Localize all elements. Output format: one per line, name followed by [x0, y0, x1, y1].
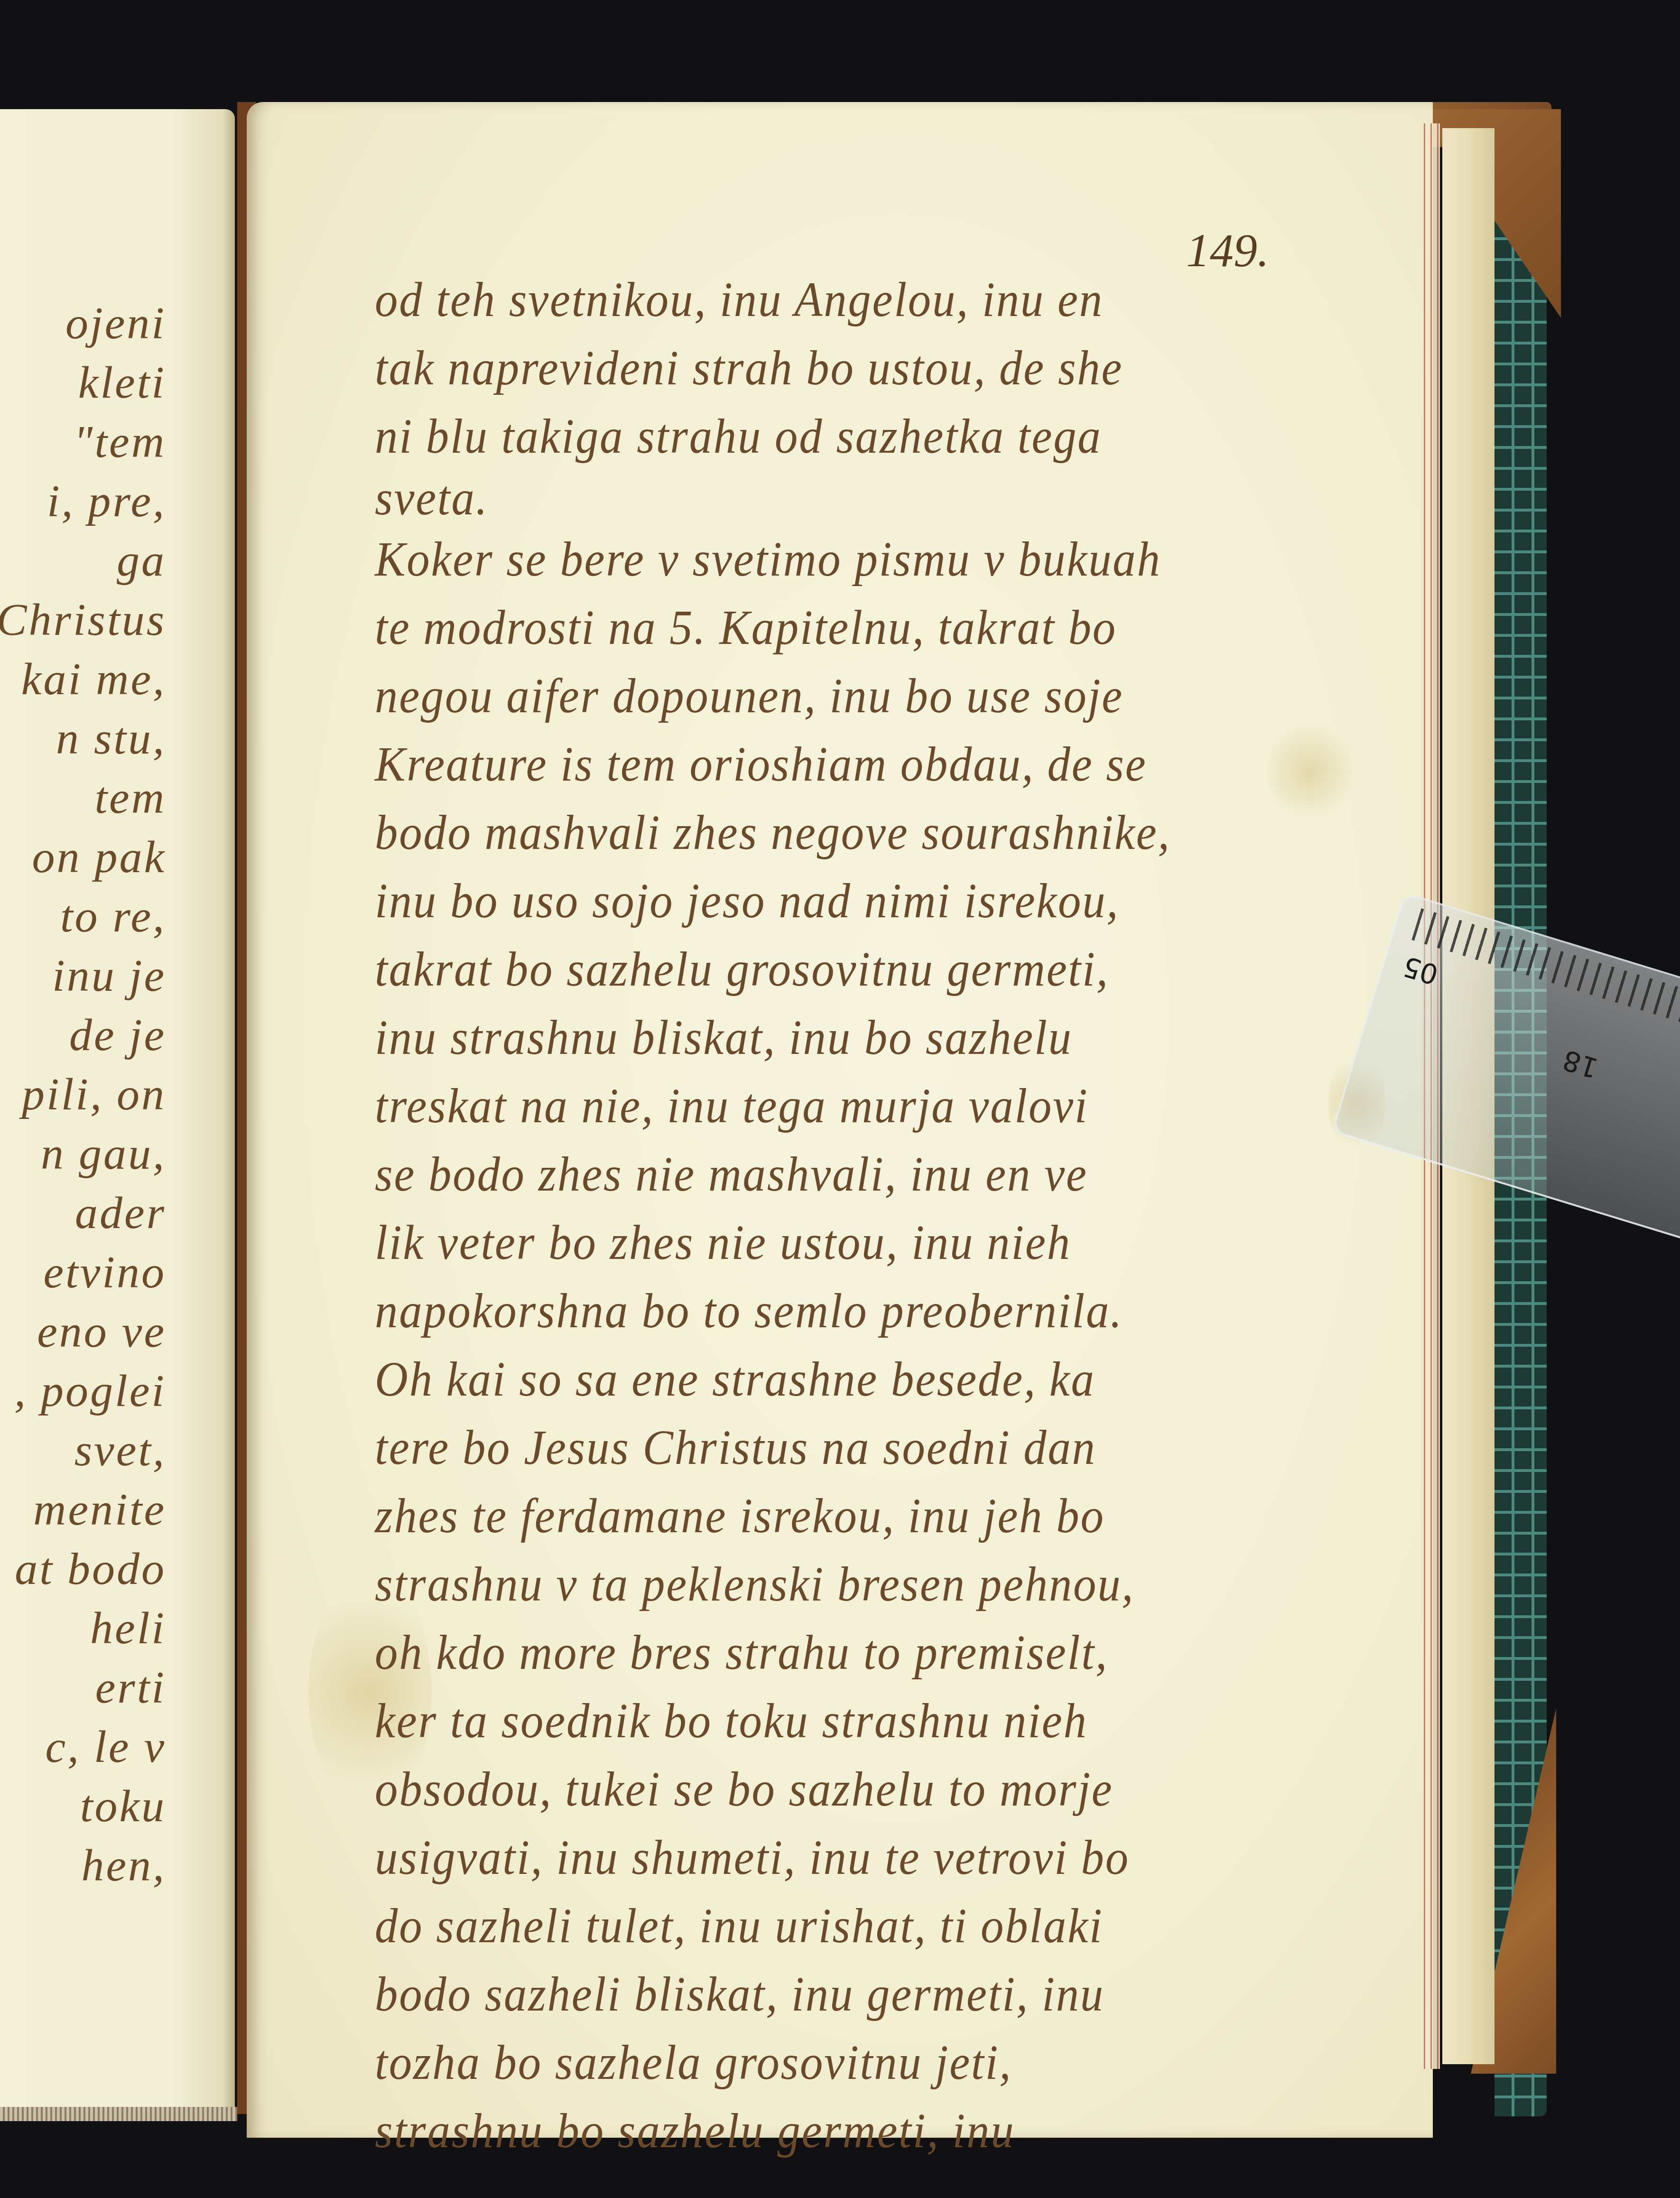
text-line: Koker se bere v svetimo pismu v bukuah	[375, 525, 1368, 594]
left-page-line: ojeni	[65, 297, 166, 349]
left-page-line: erti	[95, 1661, 166, 1714]
left-page-line: eno ve	[37, 1305, 166, 1358]
text-line: takrat bo sazhelu grosovitnu germeti,	[375, 935, 1368, 1004]
text-line: inu strashnu bliskat, inu bo sazhelu	[375, 1004, 1368, 1072]
left-page-line: at bodo	[15, 1542, 166, 1595]
left-page-line: on pak	[32, 830, 166, 883]
left-page-line: to re,	[60, 890, 166, 942]
left-page-line: pili, on	[22, 1068, 166, 1120]
text-line: sveta.	[375, 471, 1368, 525]
left-page-line: n stu,	[56, 712, 166, 764]
left-page: ojeni kleti "tem i, pre, ga Christus kai…	[0, 109, 235, 2107]
text-line: tozha bo sazhela grosovitnu jeti,	[375, 2029, 1368, 2097]
text-line: obsodou, tukei se bo sazhelu to morje	[375, 1755, 1368, 1824]
left-page-line: n gau,	[41, 1127, 166, 1180]
text-line: usigvati, inu shumeti, inu te vetrovi bo	[375, 1824, 1368, 1892]
left-page-edge	[0, 2107, 237, 2121]
text-line: strashnu v ta peklenski bresen pehnou,	[375, 1550, 1368, 1619]
ruler-label: 18	[1559, 1043, 1602, 1085]
left-page-line: heli	[90, 1602, 166, 1654]
left-page-line: c, le v	[46, 1720, 167, 1773]
left-page-line: tem	[94, 771, 166, 824]
text-line: od teh svetnikou, inu Angelou, inu en	[375, 266, 1368, 334]
text-line: negou aifer dopounen, inu bo use soje	[375, 662, 1368, 730]
left-page-line: svet,	[74, 1424, 166, 1476]
left-page-line: inu je	[52, 949, 166, 1002]
text-line: tere bo Jesus Christus na soedni dan	[375, 1414, 1368, 1482]
manuscript-text: od teh svetnikou, inu Angelou, inu en ta…	[375, 266, 1442, 2165]
text-line: bodo sazheli bliskat, inu germeti, inu	[375, 1960, 1368, 2029]
text-line: oh kdo more bres strahu to premiselt,	[375, 1619, 1368, 1687]
text-line: inu bo uso sojo jeso nad nimi isrekou,	[375, 867, 1368, 935]
left-page-line: toku	[80, 1779, 166, 1832]
left-page-line: menite	[33, 1483, 166, 1536]
left-page-line: "tem	[74, 415, 166, 468]
text-line: ker ta soednik bo toku strashnu nieh	[375, 1687, 1368, 1755]
text-line: te modrosti na 5. Kapitelnu, takrat bo	[375, 594, 1368, 662]
text-line: zhes te ferdamane isrekou, inu jeh bo	[375, 1482, 1368, 1550]
left-page-line: etvino	[43, 1246, 166, 1298]
left-page-line: Christus	[0, 593, 166, 646]
left-page-line: kai me,	[21, 652, 166, 705]
text-line: lik veter bo zhes nie ustou, inu nieh	[375, 1209, 1368, 1277]
text-line: treskat na nie, inu tega murja valovi	[375, 1072, 1368, 1140]
text-line: Oh kai so sa ene strashne besede, ka	[375, 1345, 1368, 1414]
text-line: strashnu bo sazhelu germeti, inu	[375, 2097, 1368, 2165]
left-page-line: ga	[117, 534, 166, 587]
text-line: Kreature is tem orioshiam obdau, de se	[375, 730, 1368, 799]
left-page-line: hen,	[81, 1839, 166, 1891]
text-line: tak naprevideni strah bo ustou, de she	[375, 334, 1368, 402]
text-line: ni blu takiga strahu od sazhetka tega	[375, 402, 1368, 471]
left-page-line: i, pre,	[47, 475, 166, 527]
text-line: bodo mashvali zhes negove sourashnike,	[375, 799, 1368, 867]
text-line: napokorshna bo to semlo preobernila.	[375, 1277, 1368, 1345]
left-page-line: de je	[69, 1008, 166, 1061]
text-line: do sazheli tulet, inu urishat, ti oblaki	[375, 1892, 1368, 1960]
ruler-label: 05	[1399, 950, 1442, 991]
left-page-line: ader	[75, 1186, 166, 1239]
text-line: se bodo zhes nie mashvali, inu en ve	[375, 1140, 1368, 1209]
left-page-line: , poglei	[14, 1364, 166, 1417]
left-page-line: kleti	[78, 356, 166, 409]
